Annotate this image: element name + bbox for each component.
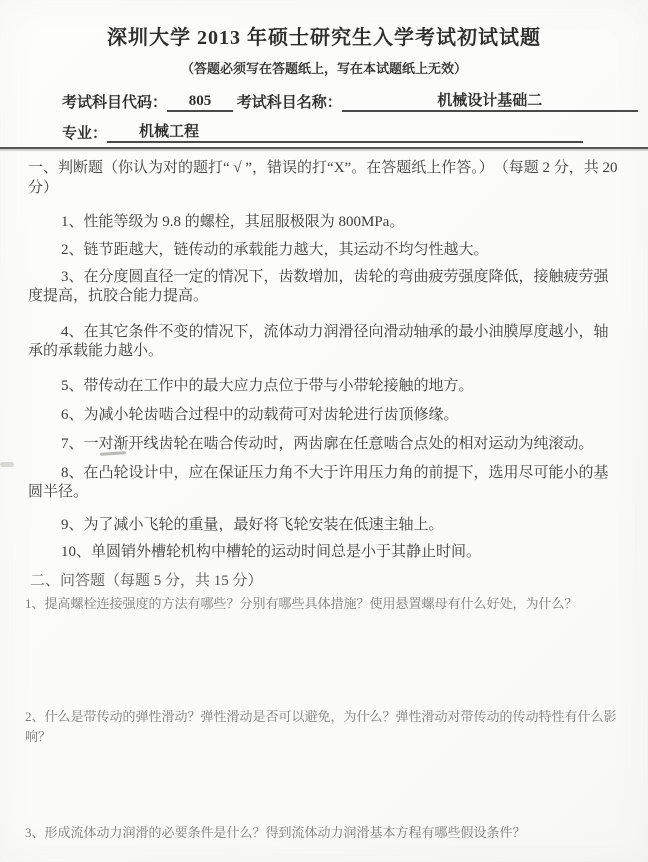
essay-question-2: 2、什么是带传动的弹性滑动？弹性滑动是否可以避免，为什么？弹性滑动对带传动的传动… — [25, 707, 620, 746]
section2-heading: 二、问答题（每题 5 分，共 15 分） — [30, 569, 620, 590]
tf-question-2: 2、链节距越大，链传动的承载能力越大，其运动不均匀性越大。 — [28, 241, 620, 260]
tf-question-3: 3、在分度圆直径一定的情况下，齿数增加，齿轮的弯曲疲劳强度降低，接触疲劳强度提高… — [28, 268, 620, 306]
tf-question-10: 10、单圆销外槽轮机构中槽轮的运动时间总是小于其静止时间。 — [28, 543, 620, 562]
essay-question-1: 1、提高螺栓连接强度的方法有哪些？分别有哪些具体措施？使用悬置螺母有什么好处，为… — [25, 594, 620, 614]
tf-question-9: 9、为了减小飞轮的重量，最好将飞轮安装在低速主轴上。 — [28, 516, 620, 535]
section1-heading: 一、判断题（你认为对的题打“ √ ”，错误的打“X”。在答题纸上作答。） （每题… — [28, 158, 620, 199]
exam-name-label: 考试科目名称： — [237, 95, 342, 111]
tf-question-6: 6、为减小轮齿啮合过程中的动载荷可对齿轮进行齿顶修缘。 — [28, 406, 620, 425]
page-title: 深圳大学 2013 年硕士研究生入学考试初试试题 — [28, 26, 620, 50]
tf-question-4: 4、在其它条件不变的情况下，流体动力润滑径向滑动轴承的最小油膜厚度越小，轴承的承… — [28, 323, 620, 361]
exam-code-value: 805 — [167, 93, 233, 112]
scan-smudge-mark — [100, 451, 126, 456]
scan-edge-artifact — [0, 462, 14, 467]
exam-paper-page: 深圳大学 2013 年硕士研究生入学考试初试试题 （答题必须写在答题纸上，写在本… — [0, 0, 648, 862]
tf-question-8: 8、在凸轮设计中，应在保证压力角不大于许用压力角的前提下，选用尽可能小的基圆半径… — [28, 464, 620, 502]
major-label: 专业： — [62, 126, 107, 142]
major-row: 专业：机械工程 — [62, 122, 620, 143]
answer-sheet-notice: （答题必须写在答题纸上，写在本试题纸上无效） — [28, 58, 620, 77]
tf-question-1: 1、性能等级为 9.8 的螺栓，其屈服极限为 800MPa。 — [28, 213, 620, 232]
header-divider — [0, 147, 648, 149]
tf-question-5: 5、带传动在工作中的最大应力点位于带与小带轮接触的地方。 — [28, 377, 620, 396]
major-value: 机械工程 — [107, 124, 583, 143]
exam-name-value: 机械设计基础二 — [342, 93, 638, 112]
essay-question-3: 3、形成流体动力润滑的必要条件是什么？得到流体动力润滑基本方程有哪些假设条件？ — [25, 823, 620, 843]
subject-row: 考试科目代码：805 考试科目名称：机械设计基础二 — [62, 91, 620, 112]
exam-code-label: 考试科目代码： — [62, 95, 167, 111]
